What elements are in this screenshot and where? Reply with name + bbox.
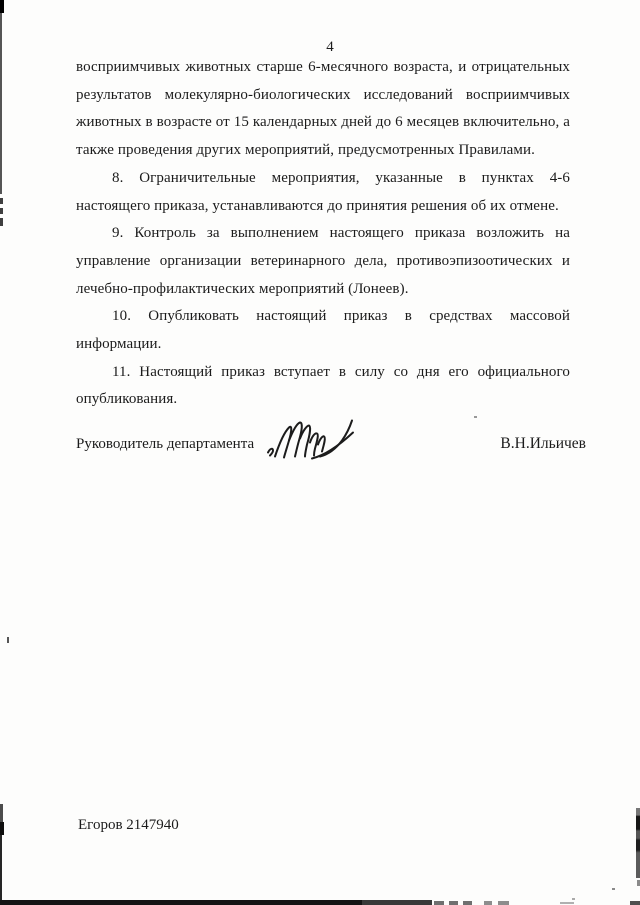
paragraph-item-11: 11. Настоящий приказ вступает в силу со … [76, 359, 570, 414]
scan-artifact-bottom-band [0, 900, 362, 905]
paragraph-item-10: 10. Опубликовать настоящий приказ в сред… [76, 303, 570, 358]
scan-artifact-bottom-dash [434, 901, 444, 905]
scan-artifact-bottom-dash [498, 901, 509, 905]
scan-artifact-bottom-dash [630, 901, 640, 905]
document-body: восприимчивых животных старше 6-месячног… [76, 54, 570, 414]
paragraph-item-8: 8. Ограничительные мероприятия, указанны… [76, 165, 570, 220]
scan-artifact-bottom-dash [463, 901, 472, 905]
scan-artifact-dot [572, 898, 575, 900]
scan-artifact-left-line [0, 13, 2, 194]
scan-artifact-left-dash [0, 218, 3, 226]
scan-artifact-dot [612, 888, 615, 890]
handwritten-signature-icon [262, 410, 362, 466]
scan-artifact-left-speck [7, 637, 9, 643]
scan-artifact-bottom-speck [560, 902, 574, 904]
scan-artifact-left-segment [0, 804, 3, 822]
scanned-document-page: 4 восприимчивых животных старше 6-месячн… [0, 0, 640, 905]
scan-artifact-left-line-bottom [0, 835, 2, 905]
paragraph-continuation: восприимчивых животных старше 6-месячног… [76, 54, 570, 165]
footer-reference: Егоров 2147940 [78, 816, 179, 834]
scan-artifact-left-bar-top [0, 0, 4, 13]
scan-artifact-bottom-dash [449, 901, 458, 905]
scan-artifact-left-segment [0, 822, 4, 835]
scan-artifact-bottom-dash [484, 901, 492, 905]
scan-artifact-dot [474, 416, 477, 418]
scan-artifact-bottom-band [362, 900, 432, 905]
signature-role-label: Руководитель департамента [76, 434, 254, 454]
scan-artifact-right-bar [636, 808, 640, 878]
signature-name: В.Н.Ильичев [500, 434, 586, 454]
scan-artifact-left-dash [0, 198, 3, 204]
page-number: 4 [0, 40, 640, 55]
paragraph-item-9: 9. Контроль за выполнением настоящего пр… [76, 220, 570, 303]
scan-artifact-left-dash [0, 208, 3, 214]
